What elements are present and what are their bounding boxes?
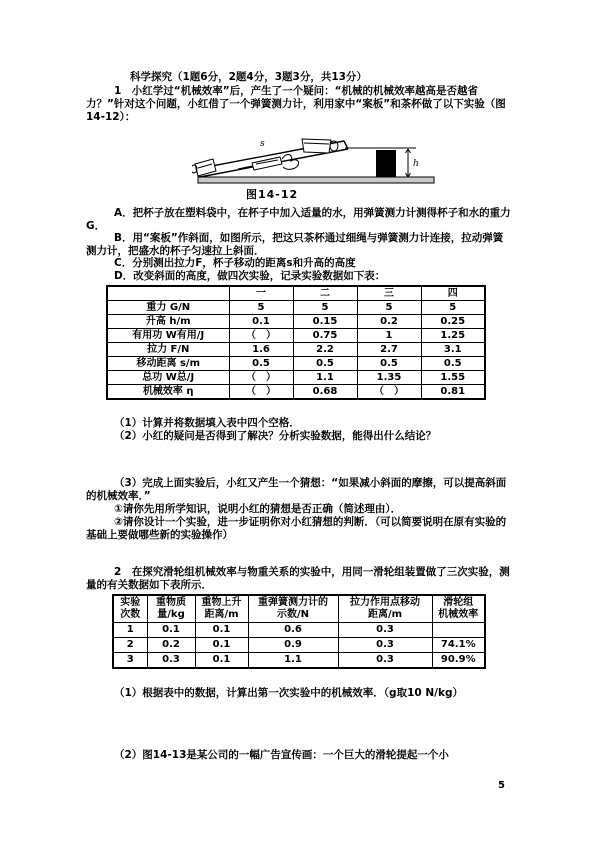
- table-cell: 0.3: [338, 623, 432, 638]
- pulley-data-table: 实验 次数重物质 量/kg重物上升 距离/m重弹簧测力计的 示数/N拉力作用点移…: [112, 594, 486, 669]
- page-number: 5: [498, 779, 505, 792]
- question2-part1: （1）根据表中的数据，计算出第一次实验中的机械效率．（g取10 N/kg）: [86, 687, 512, 700]
- table-cell: 移动距离 s/m: [107, 357, 229, 371]
- table-row: 一二三四: [107, 286, 485, 301]
- table-cell: 0.3: [338, 638, 432, 653]
- question2-intro: 2 在探究滑轮组机械效率与物重关系的实验中，用同一滑轮组装置做了三次实验，测量的…: [86, 566, 512, 592]
- table-cell: （ ）: [229, 371, 293, 385]
- question1-part3b: ②请你设计一个实验，进一步证明你对小红猜想的判断．（可以简要说明在原有实验的基础…: [86, 516, 512, 542]
- cup-bottom-icon: [192, 159, 216, 176]
- table-cell: 0.68: [293, 385, 357, 400]
- table-cell: 0.5: [229, 357, 293, 371]
- table-cell: 1.25: [421, 329, 485, 343]
- table-cell: [107, 286, 229, 301]
- table-cell: 0.15: [293, 315, 357, 329]
- table-cell: 5: [229, 301, 293, 315]
- table-cell: 0.5: [293, 357, 357, 371]
- table-row: 总功 W总/J（ ）1.11.351.55: [107, 371, 485, 385]
- question1-part3a: ①请你先用所学知识，说明小红的猜想是否正确（简述理由）．: [86, 503, 512, 516]
- inclined-plane-data-table: 一二三四重力 G/N5555升高 h/m0.10.150.20.25有用功 W有…: [106, 285, 486, 400]
- distance-s-label: s: [260, 139, 265, 149]
- table-row: 20.20.10.90.374.1%: [113, 638, 485, 653]
- table-cell: 90.9%: [432, 653, 485, 669]
- table-cell: 1: [357, 329, 421, 343]
- cup-top-icon: [302, 139, 338, 153]
- question1-part3-block: （3）完成上面实验后，小红又产生一个猜想：“如果减小斜面的摩擦，可以提高斜面的机…: [86, 477, 512, 542]
- table-cell: 3: [113, 653, 147, 669]
- table-cell: 5: [421, 301, 485, 315]
- table-cell: 实验 次数: [113, 595, 147, 623]
- table-cell: 0.5: [357, 357, 421, 371]
- table-cell: 5: [357, 301, 421, 315]
- experiment-steps: A．把杯子放在塑料袋中，在杯子中加入适量的水，用弹簧测力计测得杯子和水的重力G．…: [86, 207, 512, 282]
- support-block: [376, 150, 396, 177]
- pulling-hand-icon: [282, 155, 299, 170]
- table-cell: 0.3: [338, 653, 432, 669]
- step-b: B．用“案板”作斜面，如图所示，把这只茶杯通过细绳与弹簧测力计连接，拉动弹簧测力…: [86, 232, 512, 257]
- table-row: 30.30.11.10.390.9%: [113, 653, 485, 669]
- table-cell: 滑轮组 机械效率: [432, 595, 485, 623]
- height-h-label: h: [413, 159, 419, 169]
- table-cell: 0.75: [293, 329, 357, 343]
- table-cell: 1.1: [293, 371, 357, 385]
- section-heading: 科学探究（1题6分，2题4分，3题3分，共13分）: [130, 71, 367, 84]
- table-cell: 2.7: [357, 343, 421, 357]
- table-cell: 0.2: [147, 638, 195, 653]
- question1-part2: （2）小红的疑问是否得到了解决？分析实验数据，能得出什么结论？: [86, 430, 512, 443]
- table-cell: 总功 W总/J: [107, 371, 229, 385]
- table-cell: 重力 G/N: [107, 301, 229, 315]
- inclined-plane-figure: s h: [192, 137, 442, 185]
- table-cell: 1: [113, 623, 147, 638]
- question1-part3: （3）完成上面实验后，小红又产生一个猜想：“如果减小斜面的摩擦，可以提高斜面的机…: [86, 477, 512, 503]
- table-cell: 0.9: [248, 638, 338, 653]
- table-cell: 0.3: [147, 653, 195, 669]
- table-cell: （ ）: [229, 329, 293, 343]
- table-row: 移动距离 s/m0.50.50.50.5: [107, 357, 485, 371]
- table-row: 实验 次数重物质 量/kg重物上升 距离/m重弹簧测力计的 示数/N拉力作用点移…: [113, 595, 485, 623]
- table-cell: 2.2: [293, 343, 357, 357]
- table-cell: 拉力作用点移动 距离/m: [338, 595, 432, 623]
- table-cell: 0.5: [421, 357, 485, 371]
- table-cell: 三: [357, 286, 421, 301]
- table-cell: 拉力 F/N: [107, 343, 229, 357]
- height-arrow-icon: [406, 149, 411, 177]
- question2-part2: （2）图14-13是某公司的一幅广告宣传画：一个巨大的滑轮提起一个小: [86, 749, 512, 762]
- ground-surface: [198, 177, 434, 183]
- table-cell: 重弹簧测力计的 示数/N: [248, 595, 338, 623]
- table-cell: 机械效率 η: [107, 385, 229, 400]
- table-cell: 1.55: [421, 371, 485, 385]
- table-row: 机械效率 η（ ）0.68（ ）0.81: [107, 385, 485, 400]
- table-cell: 5: [293, 301, 357, 315]
- table-row: 升高 h/m0.10.150.20.25: [107, 315, 485, 329]
- table-row: 有用功 W有用/J（ ）0.7511.25: [107, 329, 485, 343]
- figure-caption: 图14-12: [246, 188, 298, 201]
- table-cell: 74.1%: [432, 638, 485, 653]
- table-cell: 一: [229, 286, 293, 301]
- table-cell: 1.6: [229, 343, 293, 357]
- table-cell: 0.1: [195, 623, 248, 638]
- table-row: 10.10.10.60.3: [113, 623, 485, 638]
- step-c: C．分别测出拉力F，杯子移动的距离s和升高的高度: [86, 257, 512, 270]
- table-cell: 四: [421, 286, 485, 301]
- table-cell: 0.81: [421, 385, 485, 400]
- table-cell: 0.25: [421, 315, 485, 329]
- table-cell: 0.1: [229, 315, 293, 329]
- table-cell: 0.6: [248, 623, 338, 638]
- question1-intro: 1 小红学过“机械效率”后，产生了一个疑问：“机械的机械效率越高是否越省力？”针…: [86, 85, 512, 124]
- question1-part1: （1）计算并将数据填入表中四个空格．: [86, 417, 512, 430]
- table-cell: [432, 623, 485, 638]
- table-cell: 1.35: [357, 371, 421, 385]
- table-cell: 重物上升 距离/m: [195, 595, 248, 623]
- table-cell: 二: [293, 286, 357, 301]
- table-cell: 0.1: [195, 653, 248, 669]
- step-d: D．改变斜面的高度，做四次实验，记录实验数据如下表：: [86, 270, 512, 283]
- table-cell: 重物质 量/kg: [147, 595, 195, 623]
- table-cell: 升高 h/m: [107, 315, 229, 329]
- table-cell: （ ）: [229, 385, 293, 400]
- step-a: A．把杯子放在塑料袋中，在杯子中加入适量的水，用弹簧测力计测得杯子和水的重力G．: [86, 207, 512, 232]
- table-cell: 0.1: [195, 638, 248, 653]
- table-cell: 3.1: [421, 343, 485, 357]
- worksheet-page: 科学探究（1题6分，2题4分，3题3分，共13分） 1 小红学过“机械效率”后，…: [0, 0, 595, 842]
- table-row: 重力 G/N5555: [107, 301, 485, 315]
- table-cell: 0.2: [357, 315, 421, 329]
- table-row: 拉力 F/N1.62.22.73.1: [107, 343, 485, 357]
- table-cell: 1.1: [248, 653, 338, 669]
- table-cell: 0.1: [147, 623, 195, 638]
- table-cell: （ ）: [357, 385, 421, 400]
- table-cell: 2: [113, 638, 147, 653]
- table-cell: 有用功 W有用/J: [107, 329, 229, 343]
